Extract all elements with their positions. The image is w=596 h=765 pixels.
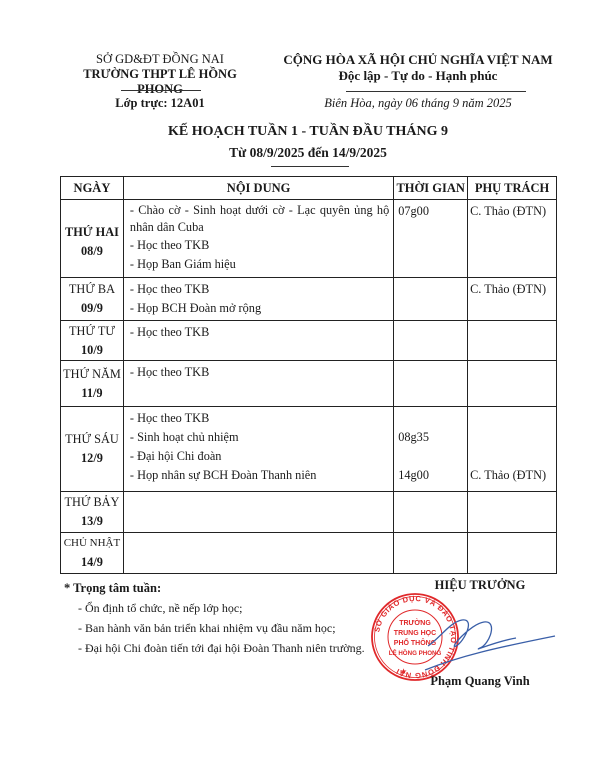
document-title: KẾ HOẠCH TUẦN 1 - TUẦN ĐẦU THÁNG 9 [60,124,556,140]
column-header-owner: PHỤ TRÁCH [468,177,557,200]
day-name: THỨ SÁU [61,430,123,449]
weekly-schedule-table: NGÀY NỘI DUNG THỜI GIAN PHỤ TRÁCH THỨ HA… [60,176,557,574]
weekly-focus: * Trọng tâm tuần: - Ổn định tổ chức, nề … [64,578,365,658]
content-line: - Học theo TKB [130,236,389,255]
owner-name [470,447,554,466]
time-value: 08g35 [398,428,463,447]
content-line: - Họp nhân sự BCH Đoàn Thanh niên [130,466,389,485]
day-cell: THỨ SÁU12/9 [61,407,124,492]
column-header-day: NGÀY [61,177,124,200]
content-line: - Chào cờ - Sinh hoạt dưới cờ - Lạc quyê… [130,202,389,236]
time-value [398,447,463,466]
day-date: 09/9 [61,299,123,318]
owner-cell: C. Thảo (ĐTN) [468,200,557,278]
weekly-focus-item: - Đại hội Chi đoàn tiến tới đại hội Đoàn… [64,638,365,658]
day-name: THỨ NĂM [61,365,123,384]
day-cell: THỨ BA09/9 [61,278,124,321]
weekly-focus-heading: * Trọng tâm tuần: [64,578,365,598]
day-date: 08/9 [61,242,123,261]
owner-cell [468,533,557,574]
content-cell: - Học theo TKB- Họp BCH Đoàn mở rộng [123,278,393,321]
content-line: - Học theo TKB [130,280,389,299]
issuer-underline [121,90,201,91]
content-cell: - Học theo TKB [123,321,393,361]
time-cell [394,321,468,361]
table-row: THỨ BA09/9- Học theo TKB- Họp BCH Đoàn m… [61,278,557,321]
content-cell [123,533,393,574]
content-cell [123,492,393,533]
time-value [398,409,463,428]
table-row: THỨ NĂM11/9- Học theo TKB [61,361,557,407]
content-cell: - Học theo TKB [123,361,393,407]
weekly-focus-item: - Ban hành văn bản triển khai nhiệm vụ đ… [64,618,365,638]
school-name: TRƯỜNG THPT LÊ HỒNG PHONG [60,67,260,97]
owner-name [470,409,554,428]
day-cell: THỨ HAI08/9 [61,200,124,278]
time-value: 07g00 [398,202,463,221]
nation-name: CỘNG HÒA XÃ HỘI CHỦ NGHĨA VIỆT NAM [268,52,568,68]
weekly-focus-item: - Ổn định tổ chức, nề nếp lớp học; [64,598,365,618]
content-cell: - Học theo TKB- Sinh hoạt chủ nhiệm- Đại… [123,407,393,492]
day-cell: CHỦ NHẬT14/9 [61,533,124,574]
table-row: THỨ TƯ10/9- Học theo TKB [61,321,557,361]
motto-underline [346,91,526,92]
department-name: SỞ GD&ĐT ĐỒNG NAI [60,52,260,67]
content-line: - Học theo TKB [130,409,389,428]
day-name: THỨ BA [61,280,123,299]
content-line: - Học theo TKB [130,323,389,342]
nation-motto: Độc lập - Tự do - Hạnh phúc [268,68,568,84]
content-cell: - Chào cờ - Sinh hoạt dưới cờ - Lạc quyê… [123,200,393,278]
time-cell [394,361,468,407]
time-cell [394,492,468,533]
table-row: CHỦ NHẬT14/9 [61,533,557,574]
owner-name: C. Thảo (ĐTN) [470,202,554,221]
content-line: - Họp Ban Giám hiệu [130,255,389,274]
day-date: 11/9 [61,384,123,403]
day-name: THỨ HAI [61,223,123,242]
content-line: - Đại hội Chi đoàn [130,447,389,466]
time-cell: 07g00 [394,200,468,278]
time-cell: 08g3514g00 [394,407,468,492]
signer-title: HIỆU TRƯỞNG [420,578,540,593]
day-name: CHỦ NHẬT [61,534,123,553]
stamp-star-icon: ★ [400,667,407,676]
owner-cell [468,361,557,407]
column-header-content: NỘI DUNG [123,177,393,200]
column-header-time: THỜI GIAN [394,177,468,200]
time-value: 14g00 [398,466,463,485]
owner-name: C. Thảo (ĐTN) [470,466,554,485]
day-date: 13/9 [61,512,123,531]
duty-class: Lớp trực: 12A01 [60,96,260,111]
day-cell: THỨ NĂM11/9 [61,361,124,407]
day-date: 10/9 [61,341,123,360]
day-cell: THỨ TƯ10/9 [61,321,124,361]
table-row: THỨ BẢY13/9 [61,492,557,533]
nation-block: CỘNG HÒA XÃ HỘI CHỦ NGHĨA VIỆT NAM Độc l… [268,52,568,84]
table-row: THỨ SÁU12/9- Học theo TKB- Sinh hoạt chủ… [61,407,557,492]
content-line: - Họp BCH Đoàn mở rộng [130,299,389,318]
place-date: Biên Hòa, ngày 06 tháng 9 năm 2025 [268,96,568,111]
owner-cell [468,321,557,361]
content-line: - Học theo TKB [130,363,389,382]
time-cell [394,278,468,321]
day-date: 12/9 [61,449,123,468]
owner-cell: C. Thảo (ĐTN) [468,278,557,321]
day-name: THỨ BẢY [61,493,123,512]
owner-name [470,428,554,447]
signer-name: Phạm Quang Vinh [410,674,550,689]
owner-name: C. Thảo (ĐTN) [470,280,554,299]
day-cell: THỨ BẢY13/9 [61,492,124,533]
owner-cell: C. Thảo (ĐTN) [468,407,557,492]
document-subtitle: Từ 08/9/2025 đến 14/9/2025 [60,145,556,161]
day-name: THỨ TƯ [61,322,123,341]
table-header-row: NGÀY NỘI DUNG THỜI GIAN PHỤ TRÁCH [61,177,557,200]
table-row: THỨ HAI08/9- Chào cờ - Sinh hoạt dưới cờ… [61,200,557,278]
time-cell [394,533,468,574]
content-line: - Sinh hoạt chủ nhiệm [130,428,389,447]
day-date: 14/9 [61,553,123,572]
owner-cell [468,492,557,533]
title-underline [271,166,349,167]
